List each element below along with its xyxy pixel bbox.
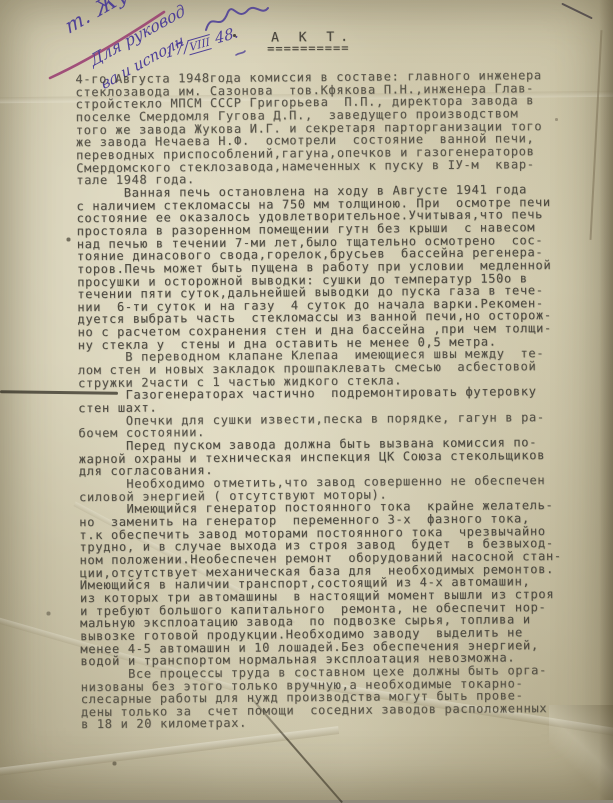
- paragraph-valve: В переводном клапане Клепаа имеющиеся шв…: [78, 347, 580, 389]
- title-underline: ==========: [267, 39, 577, 56]
- paper-crease: [0, 726, 339, 778]
- paragraph-intro: 4-го Августа 1948года комиссия в составе…: [75, 69, 578, 187]
- paper-right-edge-shadow: [599, 0, 613, 800]
- paragraph-inspection: Перед пуском завода должна быть вызвана …: [79, 436, 581, 478]
- paragraph-equipment: Имеющийся генератор постоянного тока кра…: [79, 499, 582, 668]
- paragraph-labor: Все процессы труда в составном цехе долж…: [81, 664, 584, 732]
- scanned-document-page: т. Жуков Для руковод ва и исполн 17/VIII…: [0, 0, 613, 800]
- typewritten-text-block: А К Т. ========== 4-го Августа 1948года …: [75, 20, 583, 731]
- paragraph-furnace: Ванная печь остановлена на ходу в Август…: [76, 183, 579, 352]
- top-right-pen-mark: [561, 3, 592, 20]
